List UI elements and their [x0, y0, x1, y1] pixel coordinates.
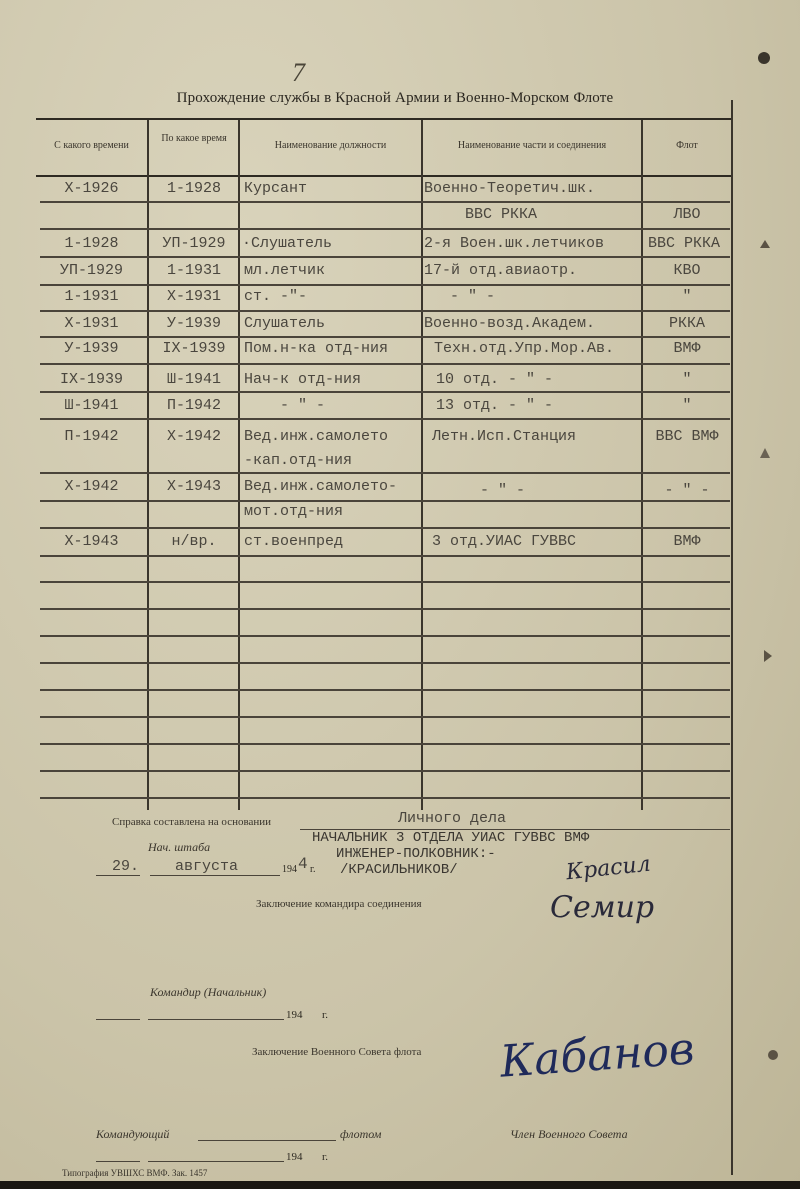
binder-hole-icon: [768, 1050, 778, 1060]
cell-from: П-1942: [36, 428, 147, 445]
cell-position: мот.отд-ния: [244, 503, 343, 520]
cell-from: X-1931: [36, 315, 147, 332]
stamp-line-1: НАЧАЛЬНИК 3 ОТДЕЛА УИАС ГУВВС ВМФ: [312, 830, 589, 846]
cell-fleet: ВМФ: [643, 533, 731, 550]
cell-to: Ш-1941: [150, 371, 238, 388]
military-council-label: Заключение Военного Совета флота: [252, 1046, 421, 1058]
stamp-line-2: ИНЖЕНЕР-ПОЛКОВНИК:-: [336, 846, 496, 862]
cell-position: Пом.н-ка отд-ния: [244, 340, 388, 357]
cell-to: X-1931: [150, 288, 238, 305]
cell-position: Слушатель: [244, 315, 325, 332]
cell-fleet: ВМФ: [643, 340, 731, 357]
cell-unit: 17-й отд.авиаотр.: [424, 262, 577, 279]
cell-unit: 13 отд. - " -: [436, 397, 553, 414]
commander-conclusion-label: Заключение командира соединения: [256, 898, 422, 910]
cell-unit: 3 отд.УИАС ГУВВС: [432, 533, 576, 550]
council-member-label: Член Военного Совета: [510, 1127, 628, 1142]
fleet-year-prefix: 194: [286, 1151, 303, 1163]
cell-from: 1-1931: [36, 288, 147, 305]
cell-from: IX-1939: [36, 371, 147, 388]
cell-to: У-1939: [150, 315, 238, 332]
cell-to: П-1942: [150, 397, 238, 414]
cell-unit: - " -: [480, 482, 525, 499]
cell-from: 1-1928: [36, 235, 147, 252]
binder-hole-icon: [758, 52, 770, 64]
header-fleet: Флот: [643, 140, 731, 151]
commander-signature: Семир: [550, 890, 654, 925]
chief-of-staff-label: Нач. штаба: [148, 840, 210, 855]
cell-to: 1-1928: [150, 180, 238, 197]
header-to: По какое время: [150, 133, 238, 145]
cell-fleet: ВВС ВМФ: [643, 428, 731, 445]
cell-position: ст.военпред: [244, 533, 343, 550]
cell-fleet: - " -: [643, 482, 731, 499]
date-month: августа: [175, 858, 238, 875]
military-council-signature: Кабанов: [498, 1023, 696, 1087]
year-g: г.: [310, 864, 315, 875]
cell-position: ст. -"-: [244, 288, 307, 305]
cell-unit: Техн.отд.Упр.Мор.Ав.: [434, 340, 614, 357]
cell-position: мл.летчик: [244, 262, 325, 279]
cell-unit: Военно-Теоретич.шк.: [424, 180, 595, 197]
fleet-year-g: г.: [322, 1151, 328, 1163]
cell-fleet: ": [643, 371, 731, 388]
cell-to: IX-1939: [150, 340, 238, 357]
cell-from: УП-1929: [36, 262, 147, 279]
cell-fleet: РККА: [643, 315, 731, 332]
fleet-commander-label: Командующий: [96, 1127, 169, 1142]
cell-position: Нач-к отд-ния: [244, 371, 361, 388]
cell-position: -кап.отд-ния: [244, 452, 352, 469]
commander-label: Командир (Начальник): [150, 985, 266, 1000]
cell-unit: 2-я Воен.шк.летчиков: [424, 235, 604, 252]
cell-position: - " -: [280, 397, 325, 414]
cell-to: УП-1929: [150, 235, 238, 252]
service-table: С какого времени По какое время Наименов…: [0, 0, 800, 820]
cell-position: Курсант: [244, 180, 307, 197]
cell-unit: Военно-возд.Академ.: [424, 315, 595, 332]
cell-to: н/вр.: [150, 533, 238, 550]
cell-from: X-1943: [36, 533, 147, 550]
scan-edge: [0, 1181, 800, 1189]
cell-unit: ВВС РККА: [465, 206, 537, 223]
cell-position: ·Слушатель: [242, 235, 332, 252]
cell-fleet: ": [643, 397, 731, 414]
cell-unit: Летн.Исп.Станция: [432, 428, 576, 445]
cell-from: X-1942: [36, 478, 147, 495]
cell-unit: - " -: [450, 288, 495, 305]
printer-imprint: Типография УВШХС ВМФ. Зак. 1457: [62, 1168, 207, 1178]
cell-to: X-1943: [150, 478, 238, 495]
stamp-line-3: /КРАСИЛЬНИКОВ/: [340, 862, 458, 878]
cell-position: Вед.инж.самолето-: [244, 478, 397, 495]
basis-value: Личного дела: [398, 810, 506, 827]
commander-year-prefix: 194: [286, 1009, 303, 1021]
year-suffix: 4: [298, 855, 308, 873]
cell-to: 1-1931: [150, 262, 238, 279]
chief-signature: Красил: [565, 852, 652, 886]
header-unit: Наименование части и соединения: [423, 140, 641, 151]
cell-fleet: КВО: [643, 262, 731, 279]
date-day: 29.: [112, 858, 139, 875]
header-from: С какого времени: [36, 140, 147, 151]
cell-from: Ш-1941: [36, 397, 147, 414]
cell-from: У-1939: [36, 340, 147, 357]
cell-position: Вед.инж.самолето: [244, 428, 388, 445]
cell-fleet: ВВС РККА: [648, 235, 720, 252]
cell-to: X-1942: [150, 428, 238, 445]
fleet-label: флотом: [340, 1127, 381, 1142]
cell-fleet: ЛВО: [643, 206, 731, 223]
cell-from: X-1926: [36, 180, 147, 197]
cell-fleet: ": [643, 288, 731, 305]
year-prefix: 194: [282, 864, 297, 875]
header-position: Наименование должности: [240, 140, 421, 151]
cell-unit: 10 отд. - " -: [436, 371, 553, 388]
commander-year-g: г.: [322, 1009, 328, 1021]
basis-label: Справка составлена на основании: [112, 816, 271, 828]
